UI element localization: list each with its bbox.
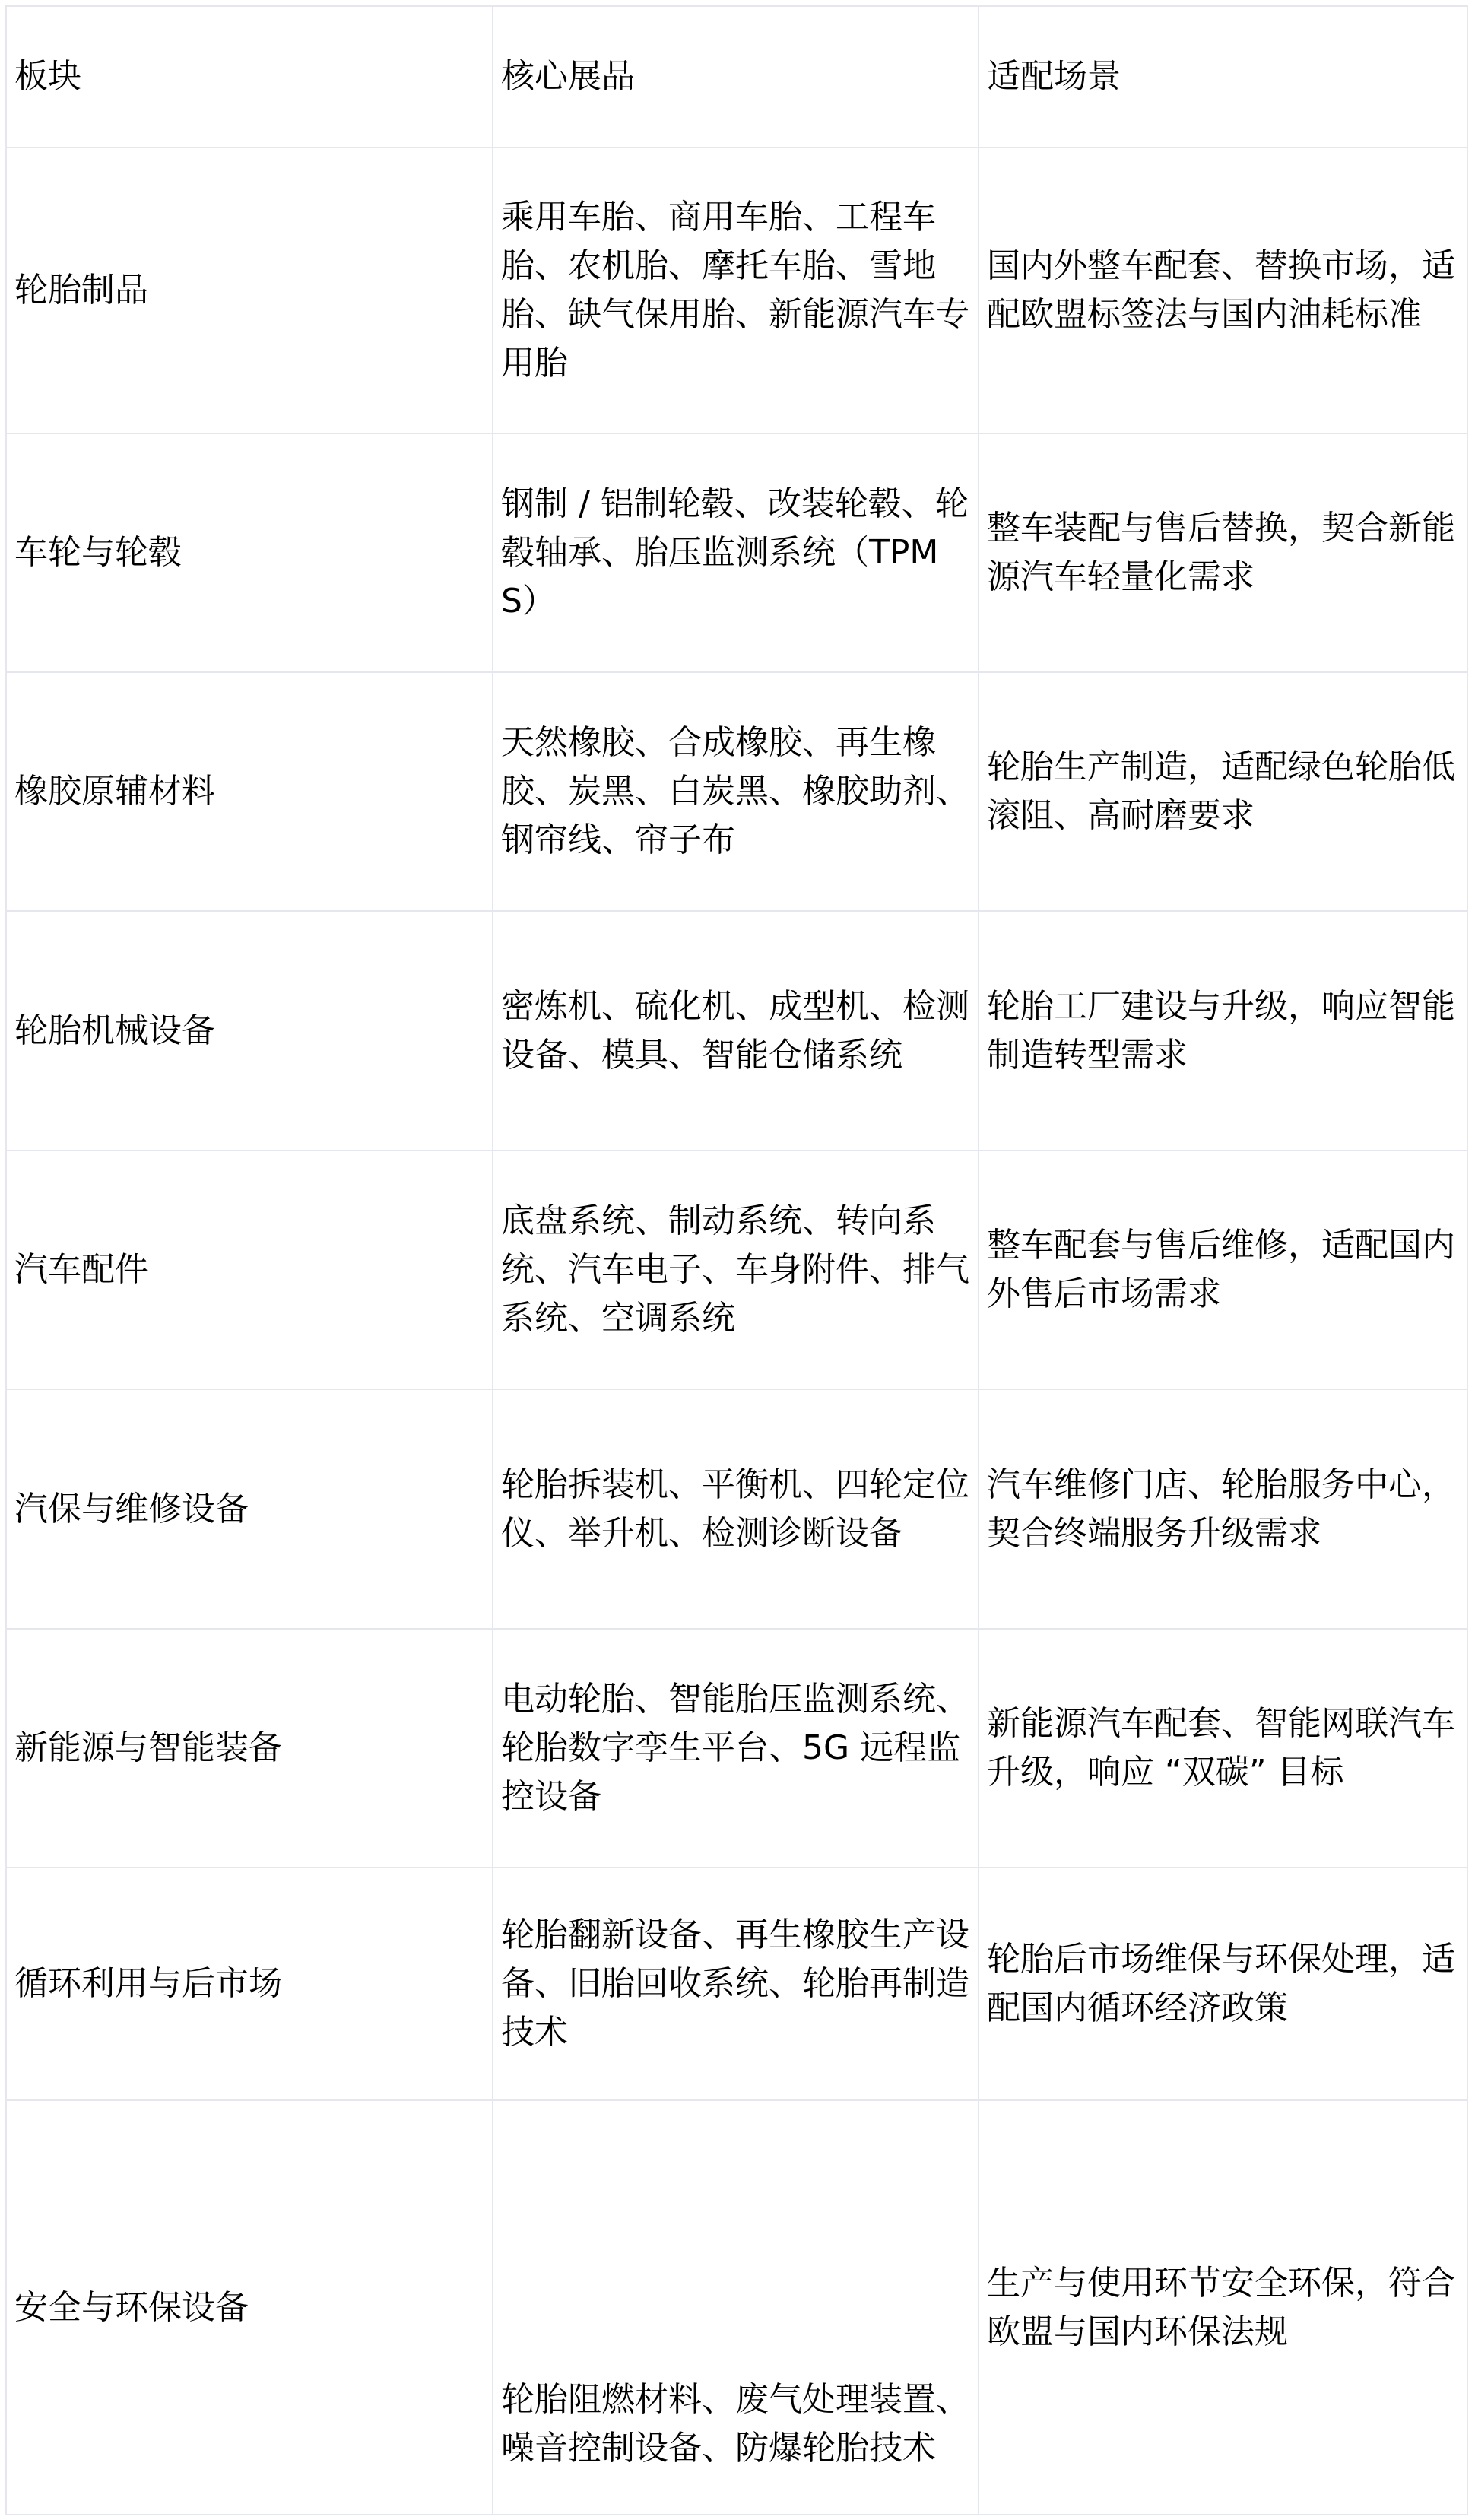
- sector-cell: 循环利用与后市场: [6, 1868, 493, 2100]
- sector-cell: 安全与环保设备: [6, 2100, 493, 2515]
- exhibits-cell: 轮胎翻新设备、再生橡胶生产设备、旧胎回收系统、轮胎再制造技术: [493, 1868, 979, 2100]
- sector-cell: 新能源与智能装备: [6, 1629, 493, 1868]
- exhibits-cell: 天然橡胶、合成橡胶、再生橡胶、炭黑、白炭黑、橡胶助剂、钢帘线、帘子布: [493, 672, 979, 911]
- header-scenario: 适配场景: [979, 6, 1467, 148]
- table-row: 循环利用与后市场 轮胎翻新设备、再生橡胶生产设备、旧胎回收系统、轮胎再制造技术 …: [6, 1868, 1467, 2100]
- scenario-cell: 整车装配与售后替换，契合新能源汽车轻量化需求: [979, 433, 1467, 672]
- sector-cell: 车轮与轮毂: [6, 433, 493, 672]
- table-row: 车轮与轮毂 钢制 / 铝制轮毂、改装轮毂、轮毂轴承、胎压监测系统（TPMS） 整…: [6, 433, 1467, 672]
- table-header-row: 板块 核心展品 适配场景: [6, 6, 1467, 148]
- exhibits-cell: 轮胎拆装机、平衡机、四轮定位仪、举升机、检测诊断设备: [493, 1389, 979, 1629]
- exhibit-sector-table: 板块 核心展品 适配场景 轮胎制品 乘用车胎、商用车胎、工程车胎、农机胎、摩托车…: [5, 5, 1468, 2515]
- scenario-cell: 轮胎生产制造，适配绿色轮胎低滚阻、高耐磨要求: [979, 672, 1467, 911]
- sector-cell: 橡胶原辅材料: [6, 672, 493, 911]
- header-exhibits: 核心展品: [493, 6, 979, 148]
- scenario-cell: 生产与使用环节安全环保，符合欧盟与国内环保法规: [979, 2100, 1467, 2515]
- sector-cell: 汽保与维修设备: [6, 1389, 493, 1629]
- table-row: 安全与环保设备 轮胎阻燃材料、废气处理装置、噪音控制设备、防爆轮胎技术 生产与使…: [6, 2100, 1467, 2515]
- table-row: 汽保与维修设备 轮胎拆装机、平衡机、四轮定位仪、举升机、检测诊断设备 汽车维修门…: [6, 1389, 1467, 1629]
- scenario-cell: 轮胎后市场维保与环保处理，适配国内循环经济政策: [979, 1868, 1467, 2100]
- sector-cell: 轮胎制品: [6, 148, 493, 433]
- sector-cell: 汽车配件: [6, 1151, 493, 1389]
- table-row: 橡胶原辅材料 天然橡胶、合成橡胶、再生橡胶、炭黑、白炭黑、橡胶助剂、钢帘线、帘子…: [6, 672, 1467, 911]
- scenario-cell: 汽车维修门店、轮胎服务中心，契合终端服务升级需求: [979, 1389, 1467, 1629]
- table-row: 汽车配件 底盘系统、制动系统、转向系统、汽车电子、车身附件、排气系统、空调系统 …: [6, 1151, 1467, 1389]
- table-row: 轮胎机械设备 密炼机、硫化机、成型机、检测设备、模具、智能仓储系统 轮胎工厂建设…: [6, 911, 1467, 1151]
- exhibits-cell: 电动轮胎、智能胎压监测系统、轮胎数字孪生平台、5G 远程监控设备: [493, 1629, 979, 1868]
- table-row: 轮胎制品 乘用车胎、商用车胎、工程车胎、农机胎、摩托车胎、雪地胎、缺气保用胎、新…: [6, 148, 1467, 433]
- exhibits-cell: 底盘系统、制动系统、转向系统、汽车电子、车身附件、排气系统、空调系统: [493, 1151, 979, 1389]
- sector-cell: 轮胎机械设备: [6, 911, 493, 1151]
- scenario-cell: 整车配套与售后维修，适配国内外售后市场需求: [979, 1151, 1467, 1389]
- exhibits-cell: 乘用车胎、商用车胎、工程车胎、农机胎、摩托车胎、雪地胎、缺气保用胎、新能源汽车专…: [493, 148, 979, 433]
- scenario-cell: 轮胎工厂建设与升级，响应智能制造转型需求: [979, 911, 1467, 1151]
- exhibits-cell: 密炼机、硫化机、成型机、检测设备、模具、智能仓储系统: [493, 911, 979, 1151]
- exhibits-cell: 轮胎阻燃材料、废气处理装置、噪音控制设备、防爆轮胎技术: [493, 2100, 979, 2515]
- scenario-cell: 新能源汽车配套、智能网联汽车升级，响应 “双碳” 目标: [979, 1629, 1467, 1868]
- exhibits-cell: 钢制 / 铝制轮毂、改装轮毂、轮毂轴承、胎压监测系统（TPMS）: [493, 433, 979, 672]
- scenario-cell: 国内外整车配套、替换市场，适配欧盟标签法与国内油耗标准: [979, 148, 1467, 433]
- header-sector: 板块: [6, 6, 493, 148]
- table-row: 新能源与智能装备 电动轮胎、智能胎压监测系统、轮胎数字孪生平台、5G 远程监控设…: [6, 1629, 1467, 1868]
